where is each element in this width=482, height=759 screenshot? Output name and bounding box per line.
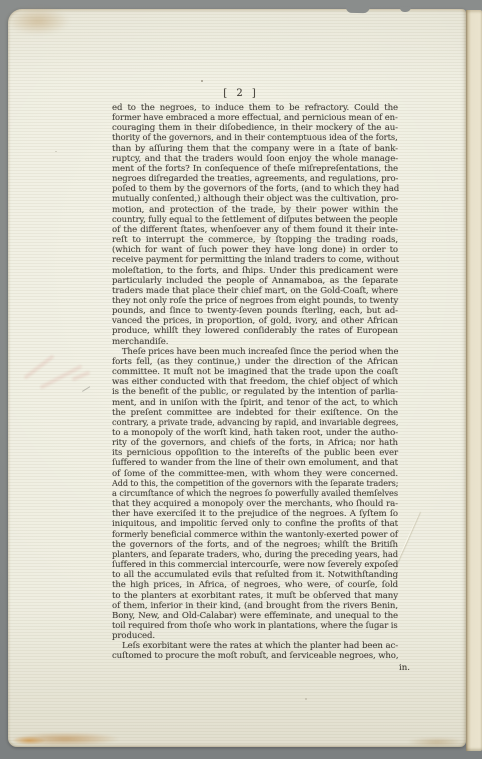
text-line: rity of the governors, and chiefs of the… <box>112 438 398 448</box>
text-line: to a monopoly of the worſt kind, hath ta… <box>112 428 398 438</box>
text-line: toil required from thoſe who work in pla… <box>112 621 394 631</box>
text-line: receive payment for permitting the inlan… <box>112 255 398 265</box>
text-line: than by aſſuring them that the company w… <box>112 144 398 154</box>
text-line: Bony, New, and Old-Calabar) were effemin… <box>112 611 398 621</box>
text-line: produced. <box>112 631 398 641</box>
text-line: its pernicious oppoſition to the intereſ… <box>112 448 398 458</box>
text-line: that they acquired a monopoly over the m… <box>112 499 398 509</box>
text-line: reſt to interrupt the commerce, by ſtopp… <box>112 235 398 245</box>
foxing-stain-bottom-left <box>10 732 120 746</box>
text-line: Add to this, the competition of the gove… <box>112 479 381 489</box>
page-text: ed to the negroes, to induce them to be … <box>112 103 398 662</box>
text-line: ſuffered in this commercial intercourſe,… <box>112 560 398 570</box>
scanned-book-page-view: { "page": { "folio": "[ 2 ]", "catchword… <box>0 0 482 759</box>
page-number: [ 2 ] <box>98 88 384 99</box>
adjacent-page-edge <box>466 10 482 751</box>
text-line: traders made that place their chief mart… <box>112 286 398 296</box>
text-line: merchandiſe. <box>112 337 398 347</box>
text-line: couraging them in their diſobedience, in… <box>112 123 398 133</box>
text-line: motion, and protection of the trade, by … <box>112 205 398 215</box>
text-line: pounds, and ſince to twenty-ſeven pounds… <box>112 306 398 316</box>
text-line: cuſtomed to procure the moſt robuſt, and… <box>112 651 396 661</box>
text-line: a circumſtance of which the negroes ſo p… <box>112 489 387 499</box>
text-line: ed to the negroes, to induce them to be … <box>112 103 398 113</box>
text-line: vanced the prices, in proportion, of gol… <box>112 316 398 326</box>
foxing-stain-bottom-right <box>407 737 467 747</box>
text-line: country, fully equal to the ſettlement o… <box>112 215 393 225</box>
text-line: ſuffered to wander from the line of thei… <box>112 458 398 468</box>
text-line: the high prices, in Africa, of negroes, … <box>112 580 398 590</box>
deckle-edge-notch <box>346 6 370 14</box>
text-line: ther have exerciſed it to the prejudice … <box>112 509 398 519</box>
text-line: they not only roſe the price of negroes … <box>112 296 394 306</box>
text-line: particularly included the people of Anna… <box>112 276 398 286</box>
text-line: ment of the forts? In conſequence of the… <box>112 164 398 174</box>
text-line: planters, and ſeparate traders, who, dur… <box>112 550 390 560</box>
paper-speck <box>201 80 203 82</box>
text-line: Theſe prices have been much increaſed ſi… <box>112 347 394 357</box>
pencil-mark <box>79 381 90 392</box>
text-line: produce, whilſt they lowered conſiderabl… <box>112 326 398 336</box>
text-line: contrary, a private trade, advancing by … <box>112 418 388 428</box>
book-page: [ 2 ] ed to the negroes, to induce them … <box>8 9 466 747</box>
text-line: to the planters at exorbitant rates, it … <box>112 591 398 601</box>
text-line: of ſome of the committee-men, with whom … <box>112 469 398 479</box>
deckle-edge-notch <box>400 7 411 12</box>
text-line: committee. It muſt not be imagined that … <box>112 367 398 377</box>
text-line: (which for want of ſuch power they have … <box>112 245 398 255</box>
catchword: in. <box>112 663 410 673</box>
text-line: formerly beneficial commerce within the … <box>112 530 393 540</box>
text-line: mutually conſented,) although their obje… <box>112 194 398 204</box>
paper-speck <box>55 151 57 152</box>
text-line: Leſs exorbitant were the rates at which … <box>112 641 398 651</box>
text-line: ruptcy, and that the traders would ſoon … <box>112 154 398 164</box>
text-line: of them, inferior in their kind, (and br… <box>112 601 398 611</box>
text-line: to all the accumulated evils that reſult… <box>112 570 398 580</box>
paper-speck <box>305 698 307 700</box>
text-line: ment, and in uniſon with the ſpirit, and… <box>112 398 398 408</box>
text-line: of the different ſtates, whenſoever any … <box>112 225 398 235</box>
text-line: forts fell, (as they continue,) under th… <box>112 357 398 367</box>
text-line: the governors of the forts, and of the n… <box>112 540 398 550</box>
text-line: negroes diſregarded the treaties, agreem… <box>112 174 395 184</box>
foxing-stain-top-left <box>6 7 70 35</box>
text-line: former have embraced a more effectual, a… <box>112 113 393 123</box>
text-line: is the benefit of the public, or regulat… <box>112 387 398 397</box>
foxing-stain-bottom-left-corner <box>12 736 46 745</box>
text-line: was either conducted with that freedom, … <box>112 377 398 387</box>
red-ink-showthrough <box>18 345 104 399</box>
text-line: poſed to them by the governors of the fo… <box>112 184 398 194</box>
text-line: moleſtation, to the forts, and ſhips. Un… <box>112 266 398 276</box>
text-line: the preſent committee are indebted for t… <box>112 408 398 418</box>
text-line: iniquitous, and impolitic ſerved only to… <box>112 519 398 529</box>
text-line: thority of the governors, and in their c… <box>112 133 391 143</box>
